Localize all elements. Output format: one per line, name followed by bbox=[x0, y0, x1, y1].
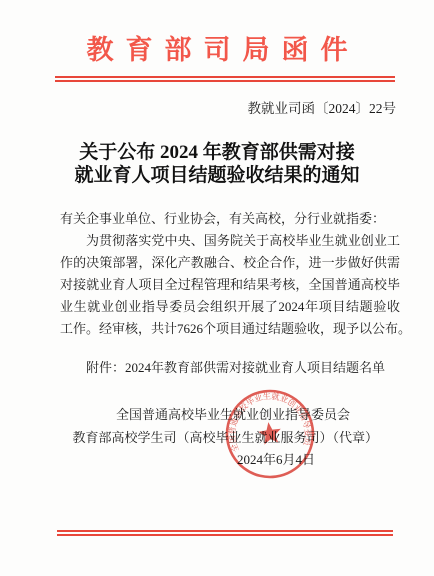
attachment-line: 附件：2024年教育部供需对接就业育人项目结题名单 bbox=[60, 357, 400, 379]
letterhead-title: 教育部司局函件 bbox=[0, 34, 434, 66]
body-line: 业生就业创业指导委员会组织开展了2024年项目结题验收 bbox=[60, 296, 400, 318]
body-line: 为贯彻落实党中央、国务院关于高校毕业生就业创业工 bbox=[60, 230, 400, 252]
document-title-line2: 就业育人项目结题验收结果的通知 bbox=[0, 164, 434, 187]
signature-department: 教育部高校学生司（高校毕业生就业服务司）（代章） bbox=[72, 427, 378, 449]
document-number: 教就业司函〔2024〕22号 bbox=[248, 101, 397, 117]
signature-committee: 全国普通高校毕业生就业创业指导委员会 bbox=[116, 404, 350, 426]
body-line: 工作。经审核，共计7626个项目通过结题验收，现予以公布。 bbox=[60, 318, 400, 340]
header-red-rule bbox=[55, 76, 395, 82]
footer-red-rule bbox=[57, 530, 393, 536]
salutation-line: 有关企事业单位、行业协会，有关高校，分行业就指委： bbox=[60, 208, 400, 230]
letter-page: 教育部司局函件 教就业司函〔2024〕22号 关于公布 2024 年教育部供需对… bbox=[0, 0, 434, 576]
body-line: 对接就业育人项目全过程管理和结果考核，全国普通高校毕 bbox=[60, 274, 400, 296]
signature-date: 2024年6月4日 bbox=[237, 449, 315, 471]
body-text: 有关企事业单位、行业协会，有关高校，分行业就指委： 为贯彻落实党中央、国务院关于… bbox=[60, 208, 400, 340]
body-line: 作的决策部署，深化产教融合、校企合作，进一步做好供需 bbox=[60, 252, 400, 274]
document-title: 关于公布 2024 年教育部供需对接 就业育人项目结题验收结果的通知 bbox=[0, 141, 434, 187]
document-title-line1: 关于公布 2024 年教育部供需对接 bbox=[0, 141, 434, 164]
